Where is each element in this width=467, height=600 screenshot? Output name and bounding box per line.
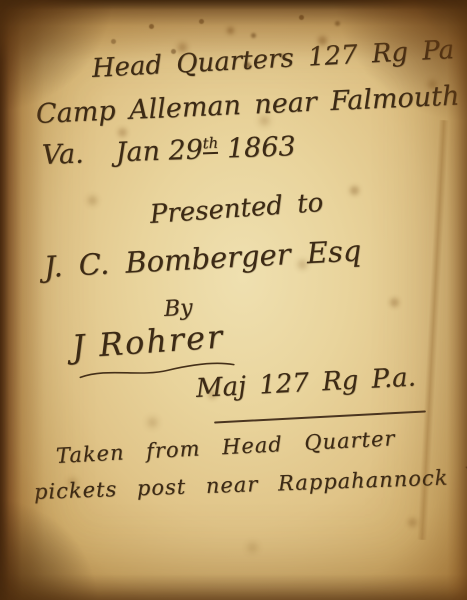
line-by: By bbox=[163, 296, 193, 322]
by-text: By bbox=[163, 296, 193, 322]
date-post-text: 1863 bbox=[218, 131, 296, 165]
note2-superscript: Va bbox=[448, 463, 467, 479]
photo-of-inscription: Head Quarters 127 Rg Pa Camp Alleman nea… bbox=[0, 0, 467, 600]
gap bbox=[84, 161, 116, 162]
date-pre-text: Jan 29 bbox=[115, 134, 203, 168]
date-superscript: th bbox=[202, 134, 218, 155]
place-text: Va. bbox=[41, 139, 84, 171]
